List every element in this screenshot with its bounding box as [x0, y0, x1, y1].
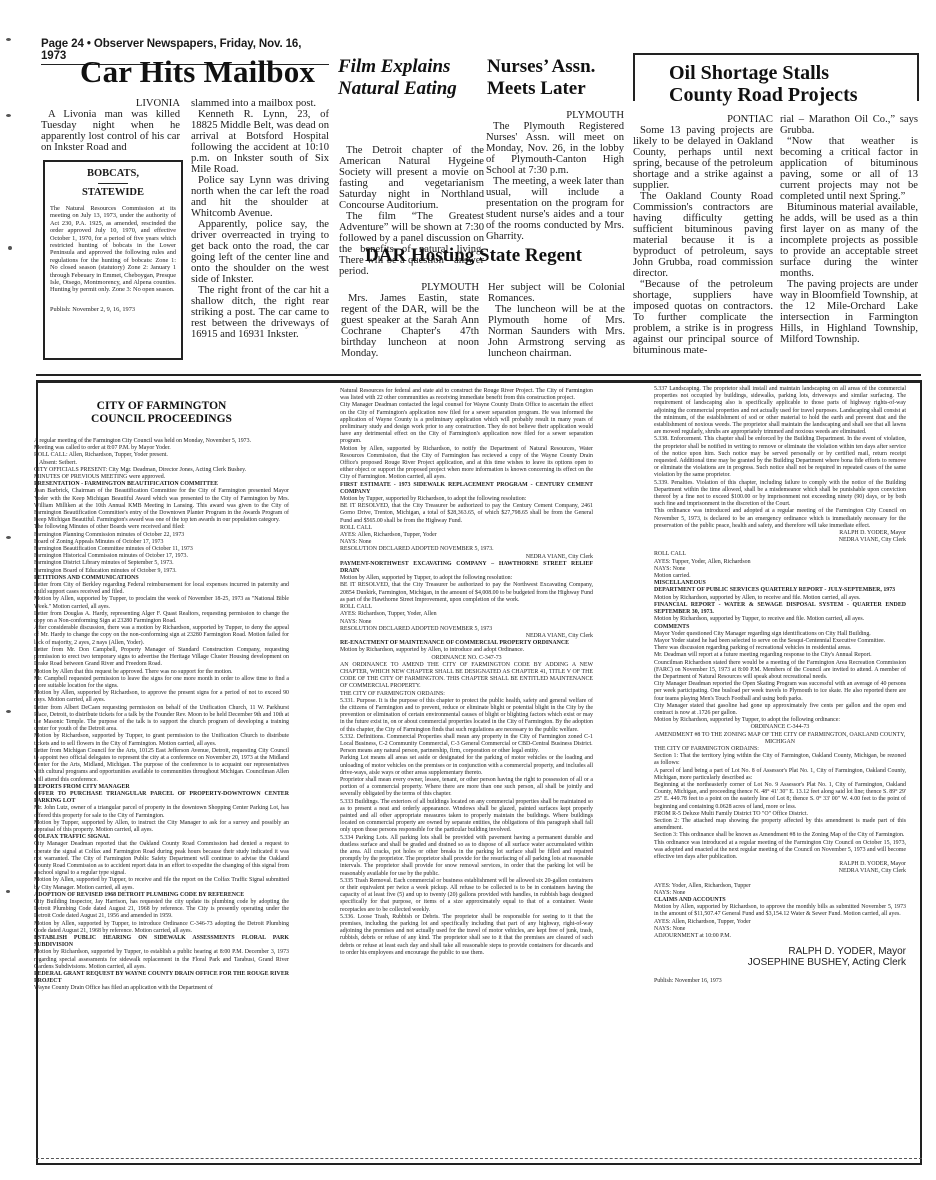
proceedings-paragraph: This ordinance was introduced and adopte… [654, 508, 906, 530]
dar-story-column-2: Her subject will be Colonial Romances. T… [488, 282, 625, 359]
section-heading: COLFAX TRAFFIC SIGNAL [34, 834, 289, 841]
section-heading: ADOPTION OF REVISED 1968 DETROIT PLUMBIN… [34, 892, 289, 899]
proceedings-paragraph: Motion by Allen, supported by Tupper, to… [34, 921, 289, 935]
scan-speck [6, 536, 11, 539]
section-heading: CLAIMS AND ACCOUNTS [654, 897, 906, 904]
section-heading: RE-ENACTMENT OF MAINTENANCE OF COMMERCIA… [340, 640, 593, 647]
proceedings-paragraph: AN ORDINANCE TO AMEND THE CITY OF FARMIN… [340, 662, 593, 691]
proceedings-paragraph: Letter from Albert DeCaen requesting per… [34, 705, 289, 734]
column-body: A regular meeting of the Farmington City… [34, 438, 289, 993]
nurses-story-paragraph: The Plymouth Registered Nurses' Assn. wi… [486, 121, 624, 176]
section-heading: ESTABLISH PUBLIC HEARING ON SIDEWALK ASS… [34, 935, 289, 949]
proceedings-paragraph: Beginning at the northeasterly corner of… [654, 782, 906, 811]
proceedings-paragraph: Motion by Richardson, supported by Tuppe… [654, 616, 906, 623]
signature-line: RALPH D. YODER, Mayor [654, 861, 906, 868]
car-story-headline: Car Hits Mailbox [80, 56, 315, 89]
proceedings-paragraph: ROLL CALL [340, 604, 593, 611]
proceedings-paragraph: Motion carried. [654, 573, 906, 580]
section-heading: FIRST ESTIMATE - 1973 SIDEWALK REPLACEME… [340, 482, 593, 496]
signature-mayor: RALPH D. YODER, Mayor [654, 946, 906, 957]
proceedings-paragraph: Letter from Michigan Council for the Art… [34, 748, 289, 784]
proceedings-paragraph: Mr. Deadman will report at a future meet… [654, 652, 906, 659]
proceedings-paragraph: ROLL CALL [654, 551, 906, 558]
proceedings-paragraph: AYES: Richardson, Tupper, Yoder, Allen [340, 611, 593, 618]
proceedings-paragraph: ORDINANCE NO. C-347-73 [340, 655, 593, 662]
proceedings-paragraph: NAYS: None [340, 619, 593, 626]
proceedings-paragraph: Farmington Board of Education minutes of… [34, 568, 289, 575]
proceedings-paragraph: Motion by Allen, supported by Tupper, to… [34, 877, 289, 891]
oil-story-headline: Oil Shortage Stalls County Road Projects [669, 62, 858, 106]
proceedings-paragraph: THE CITY OF FARMINGTON ORDAINS: [340, 691, 593, 698]
proceedings-paragraph: Motion by Richardson, supported by Tuppe… [34, 949, 289, 971]
proceedings-paragraph: This ordinance was introduced at a regul… [654, 840, 906, 862]
proceedings-paragraph: AYES: Tupper, Yoder, Allen, Richardson [654, 559, 906, 566]
film-story-paragraph: The film “The Greatest Adventure” will b… [339, 211, 484, 277]
signature-line: RALPH D. YODER, Mayor [654, 530, 906, 537]
oil-headline-line-2: County Road Projects [669, 84, 858, 106]
dar-story-paragraph: Mrs. James Eastin, state regent of the D… [341, 293, 479, 359]
proceedings-paragraph: NAYS: None [654, 890, 906, 897]
proceedings-paragraph: 5.334 Parking Lots. All parking lots sha… [340, 835, 593, 878]
scan-speck [6, 890, 10, 893]
section-heading: DEPARTMENT OF PUBLIC SERVICES QUARTERLY … [654, 587, 906, 594]
scan-speck [6, 710, 11, 713]
proceedings-paragraph: City Building Inspector, Jay Harrison, h… [34, 899, 289, 921]
proceedings-paragraph: City Manager Deadman reported that the O… [34, 841, 289, 877]
car-story-paragraph: Kenneth R. Lynn, 23, of 18825 Middle Bel… [191, 109, 329, 175]
section-heading: COMMENTS [654, 624, 906, 631]
council-proceedings-title: CITY OF FARMINGTON COUNCIL PROCEEDINGS [34, 400, 289, 426]
oil-story-column-1: PONTIAC Some 13 paving projects are like… [633, 114, 773, 356]
section-heading: MISCELLANEOUS [654, 580, 906, 587]
proceedings-paragraph: Letter from Mr. Don Campbell, Property M… [34, 647, 289, 669]
proceedings-paragraph: Mr. John Lutz, owner of a triangular par… [34, 805, 289, 819]
film-headline-line-2: Natural Eating [338, 78, 457, 100]
oil-story-paragraph: “Now that weather is becoming a critical… [780, 136, 918, 202]
proceedings-paragraph: ROLL CALL: Allen, Richardson, Tupper, Yo… [34, 452, 289, 459]
proceedings-paragraph: Natural Resources for federal and state … [340, 388, 593, 402]
signature-line: NEDRA VIANE, City Clerk [654, 537, 906, 544]
oil-headline-line-1: Oil Shortage Stalls [669, 62, 858, 84]
proceedings-paragraph: ORDINANCE C-344-73 [654, 724, 906, 731]
proceedings-paragraph: BE IT RESOLVED, that the City Treasurer … [340, 582, 593, 604]
proceedings-paragraph: A parcel of land being a part of Lot No.… [654, 768, 906, 782]
dar-story-paragraph: Her subject will be Colonial Romances. [488, 282, 625, 304]
proceedings-paragraph: Motion by Richardson, supported by Allen… [654, 595, 906, 602]
proceedings-paragraph: City Manager stated that gasoline had go… [654, 703, 906, 717]
oil-story-paragraph: Some 13 paving projects are likely to be… [633, 125, 773, 191]
proceedings-paragraph: Letter from City of Berkley regarding Fe… [34, 582, 289, 596]
proceedings-paragraph: Motion by Allen, supported by Richardson… [340, 446, 593, 482]
proceedings-paragraph: Motion by Allen, supported by Richardson… [654, 904, 906, 918]
signature-line: NEDRA VIANE, City Clerk [654, 868, 906, 875]
council-proceedings-column-1: CITY OF FARMINGTON COUNCIL PROCEEDINGS A… [34, 400, 289, 993]
proceedings-paragraph: 5.337 Landscaping. The proprietor shall … [654, 386, 906, 436]
signature-line: NEDRA VIANE, City Clerk [340, 554, 593, 561]
proceedings-paragraph: 5.336. Loose Trash, Rubbish or Debris. T… [340, 914, 593, 957]
proceedings-paragraph: Councilman Richardson stated there would… [654, 660, 906, 682]
film-story-paragraph: The Detroit chapter of the American Natu… [339, 145, 484, 211]
dar-story-headline: DAR Hosting State Regent [365, 246, 582, 266]
car-story-paragraph: The right front of the car hit a shallow… [191, 285, 329, 340]
car-story-column-1: LIVONIA A Livonia man was killed Tuesday… [41, 98, 180, 153]
car-story-paragraph: slammed into a mailbox post. [191, 98, 329, 109]
proceedings-paragraph: Motion by Richardson, supported by Tuppe… [34, 733, 289, 747]
proceedings-paragraph: Section 1: That the territory lying with… [654, 753, 906, 767]
proceedings-paragraph: Board of Zoning Appeals Minutes of Octob… [34, 539, 289, 546]
proceedings-paragraph: FROM R-5 Deluxe Multi Family District TO… [654, 811, 906, 818]
proceedings-paragraph: ROLL CALL [340, 525, 593, 532]
section-heading: PETITIONS AND COMMUNICATIONS [34, 575, 289, 582]
film-headline-line-1: Film Explains [338, 56, 457, 78]
proceedings-paragraph: Motion by Allen, supported by Richardson… [34, 690, 289, 704]
proceedings-paragraph: 5.331. Purpose. It is the purpose of thi… [340, 698, 593, 734]
bobcats-title: BOBCATS, [50, 168, 176, 180]
nurses-headline-line-2: Meets Later [487, 78, 595, 100]
dar-story-column-1: PLYMOUTH Mrs. James Eastin, state regent… [341, 282, 479, 359]
proceedings-paragraph: City Manager Deadman reported the Open S… [654, 681, 906, 703]
bobcats-legal-notice: BOBCATS, STATEWIDE The Natural Resources… [43, 160, 183, 360]
proceedings-paragraph: 5.339. Penalties. Violation of this chap… [654, 480, 906, 509]
scan-speck [6, 38, 11, 41]
publish-date: Publish: November 16, 1973 [654, 978, 906, 985]
proceedings-paragraph: Proprietor shall mean every owner, lesse… [340, 777, 593, 799]
signature-acting-clerk: JOSEPHINE BUSHEY, Acting Clerk [654, 957, 906, 968]
scan-speck [6, 114, 11, 117]
proceedings-paragraph: NAYS: None [654, 926, 906, 933]
proceedings-paragraph: Motion by Allen, supported by Tupper, to… [340, 575, 593, 582]
proceedings-paragraph: Joan Barbrick, Chairman of the Beautific… [34, 488, 289, 524]
dar-story-paragraph: The luncheon will be at the Plymouth hom… [488, 304, 625, 359]
bobcats-subtitle: STATEWIDE [50, 187, 176, 199]
proceedings-paragraph: RESOLUTION DECLARED ADOPTED NOVEMBER 5, … [340, 626, 593, 633]
proceedings-paragraph: Mayor Yoder questioned City Manager rega… [654, 631, 906, 638]
proceedings-paragraph: AMENDMENT #8 TO THE ZONING MAP OF THE CI… [654, 732, 906, 746]
proceedings-paragraph: Wayne County Drain Office has filed an a… [34, 985, 289, 992]
proceedings-paragraph: After considerable discussion, there was… [34, 625, 289, 647]
car-story-paragraph: Police say Lynn was driving north when t… [191, 175, 329, 219]
council-title-line-2: COUNCIL PROCEEDINGS [34, 413, 289, 426]
proceedings-paragraph: Motion by Allen that this request be app… [34, 669, 289, 676]
proceedings-paragraph: Motion by Tupper, supported by Richardso… [340, 496, 593, 503]
proceedings-paragraph: ADJOURNMENT at 10:00 P.M. [654, 933, 906, 940]
divider [98, 183, 128, 184]
oil-story-paragraph: “Because of the petroleum shortage, supp… [633, 279, 773, 356]
oil-story-paragraph: The Oakland County Road Commission's con… [633, 191, 773, 279]
proceedings-paragraph: BE IT RESOLVED, that the City Treasurer … [340, 503, 593, 525]
proceedings-paragraph: Farmington Planning Commission minutes o… [34, 532, 289, 539]
proceedings-paragraph: Motion by Allen, supported by Tupper, to… [34, 596, 289, 610]
scan-speck [8, 246, 12, 250]
proceedings-paragraph: Parking Lot means all areas set aside or… [340, 755, 593, 777]
perforation-border [36, 1158, 922, 1159]
proceedings-paragraph: 5.335 Trash Removal. Each commercial or … [340, 878, 593, 914]
proceedings-paragraph [654, 876, 906, 883]
section-heading: PAYMENT-NORTHWEST EXCAVATING COMPANY – H… [340, 561, 593, 575]
nurses-story-dateline: PLYMOUTH [486, 110, 624, 121]
proceedings-paragraph: Motion by Richardson, supported by Allen… [340, 647, 593, 654]
oil-story-paragraph: rial – Marathon Oil Co.,” says Grubba. [780, 114, 918, 136]
proceedings-paragraph: Motion by Tupper, supported by Allen, to… [34, 820, 289, 834]
oil-story-paragraph: The paving projects are under way in Blo… [780, 279, 918, 345]
oil-story-column-2: rial – Marathon Oil Co.,” says Grubba. “… [780, 114, 918, 345]
car-story-column-2: slammed into a mailbox post. Kenneth R. … [191, 98, 329, 340]
council-proceedings-column-3: 5.337 Landscaping. The proprietor shall … [654, 386, 906, 985]
proceedings-paragraph: City Manager Deadman contacted the legal… [340, 402, 593, 445]
proceedings-paragraph [654, 544, 906, 551]
proceedings-paragraph: 5.332. Definitions. Commercial Propertie… [340, 734, 593, 748]
column-body: 5.337 Landscaping. The proprietor shall … [654, 386, 906, 940]
proceedings-paragraph: NAYS: None [340, 539, 593, 546]
car-story-dateline: LIVONIA [41, 98, 180, 109]
proceedings-paragraph: A regular meeting of the Farmington City… [34, 438, 289, 445]
proceedings-paragraph: Mr. Campbell requested permission to lea… [34, 676, 289, 690]
dar-story-dateline: PLYMOUTH [341, 282, 479, 293]
car-story-paragraph: Apparently, police say, the driver overr… [191, 219, 329, 285]
proceedings-paragraph: AYES: Allen, Richardson, Tupper, Yoder [654, 919, 906, 926]
proceedings-paragraph: Section 2: The attached map showing the … [654, 818, 906, 832]
proceedings-paragraph: AYES: Yoder, Allen, Richardson, Tupper [654, 883, 906, 890]
bobcats-publish-dates: Publish: November 2, 9, 16, 1973 [50, 306, 176, 313]
nurses-headline-line-1: Nurses’ Assn. [487, 56, 595, 78]
proceedings-paragraph: RESOLUTION DECLARED ADOPTED NOVEMBER 5, … [340, 546, 593, 553]
proceedings-paragraph: Letter from Douglas A. Hardy, representi… [34, 611, 289, 625]
proceedings-paragraph: Motion by Richardson, supported by Tuppe… [654, 717, 906, 724]
nurses-story-paragraph: The meeting, a week later than usual, wi… [486, 176, 624, 242]
oil-story-dateline: PONTIAC [633, 114, 773, 125]
section-divider-rule [36, 374, 921, 376]
proceedings-paragraph: 5.338. Enforcement. This chapter shall b… [654, 436, 906, 479]
section-heading: FINANCIAL REPORT - WATER & SEWAGE DISPOS… [654, 602, 906, 616]
proceedings-paragraph: NAYS: None [654, 566, 906, 573]
car-story-paragraph: A Livonia man was killed Tuesday night w… [41, 109, 180, 153]
final-signatures: RALPH D. YODER, Mayor JOSEPHINE BUSHEY, … [654, 946, 906, 968]
oil-story-paragraph: Bituminous material available, he adds, … [780, 202, 918, 279]
proceedings-paragraph: Section 3: This ordinance shall be known… [654, 832, 906, 839]
section-heading: REPORTS FROM CITY MANAGER [34, 784, 289, 791]
column-body: Natural Resources for federal and state … [340, 388, 593, 957]
proceedings-paragraph: Meeting was called to order at 8:07 P.M.… [34, 445, 289, 452]
signature-line: NEDRA VIANE, City Clerk [340, 633, 593, 640]
proceedings-paragraph: MINUTES OF PREVIOUS MEETING were approve… [34, 474, 289, 481]
proceedings-paragraph: The following Minutes of other Boards we… [34, 524, 289, 531]
proceedings-paragraph: Absent: Seibert. [34, 460, 289, 467]
proceedings-paragraph: AYES: Allen, Richardson, Tupper, Yoder [340, 532, 593, 539]
section-heading: OFFER TO PURCHASE TRIANGULAR PARCEL OF P… [34, 791, 289, 805]
proceedings-paragraph: Farmington District Library minutes of S… [34, 560, 289, 567]
nurses-story-headline: Nurses’ Assn. Meets Later [487, 56, 595, 100]
proceedings-paragraph: CITY OFFICIALS PRESENT: City Mgr. Deadma… [34, 467, 289, 474]
council-proceedings-column-2: Natural Resources for federal and state … [340, 388, 593, 957]
proceedings-paragraph: 5.333 Buildings. The exteriors of all bu… [340, 799, 593, 835]
film-story-headline: Film Explains Natural Eating [338, 56, 457, 100]
bobcats-body: The Natural Resources Commission at its … [50, 205, 176, 294]
nurses-story-body: PLYMOUTH The Plymouth Registered Nurses'… [486, 110, 624, 242]
council-title-line-1: CITY OF FARMINGTON [34, 400, 289, 413]
section-heading: FEDERAL GRANT REQUEST BY WAYNE COUNTY DR… [34, 971, 289, 985]
